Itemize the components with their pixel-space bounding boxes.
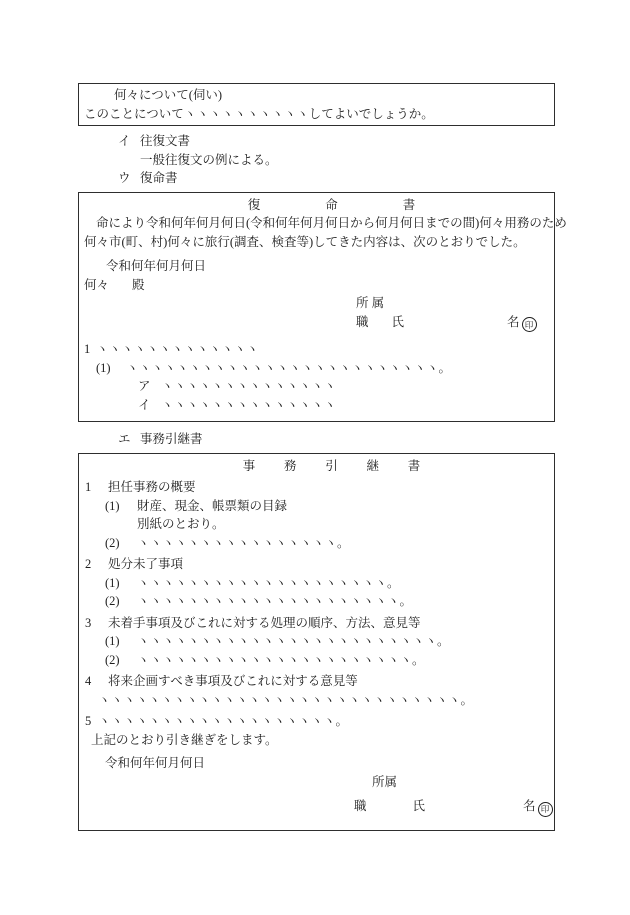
section-title: 処分未了事項 [108, 557, 183, 571]
placeholder-dots: ヽヽヽヽヽヽヽヽヽヽヽヽヽヽヽヽヽヽヽヽヽヽ。 [137, 653, 425, 667]
sign-family-label: 氏 [413, 799, 426, 813]
placeholder-dots: ヽヽヽヽヽヽヽヽヽヽヽヽヽヽ [161, 398, 336, 412]
section-number: 3 [85, 614, 108, 633]
seal-icon: 印 [538, 802, 553, 817]
item-number: (2) [105, 534, 137, 553]
fukumeisho-title: 復命書 [84, 196, 549, 215]
fukumeisho-body-line2: 何々市(町、村)何々に旅行(調査、検査等)してきた内容は、次のとおりでした。 [84, 233, 549, 252]
section-title: 担任事務の概要 [108, 480, 196, 494]
section-2: 2処分未了事項 [85, 555, 548, 574]
fukumeisho-date: 令和何年何月何日 [106, 257, 549, 276]
section-1-item-2: (2)ヽヽヽヽヽヽヽヽヽヽヽヽヽヽヽヽ。 [105, 534, 548, 553]
hikitsugisho-title: 事務引継書 [85, 457, 548, 476]
section-number: 1 [85, 478, 108, 497]
placeholder-dots: ヽヽヽヽヽヽヽヽヽヽヽヽヽ [96, 342, 259, 356]
placeholder-dots: ヽヽヽヽヽヽヽヽヽヽヽヽヽヽヽヽ。 [137, 536, 350, 550]
fukumeisho-body-line1: 命により令和何年何月何日(令和何年何月何日から何月何日までの間)何々用務のため [84, 214, 549, 233]
fukumeisho-signature-line: 職氏名印 [84, 313, 549, 333]
section-3: 3未着手事項及びこれに対する処理の順序、方法、意見等 [85, 614, 548, 633]
document-page: 何々について(伺い) このことについてヽヽヽヽヽヽヽヽヽヽしてよいでしょうか。 … [0, 0, 630, 915]
fukumeisho-item-a: アヽヽヽヽヽヽヽヽヽヽヽヽヽヽ [138, 377, 549, 396]
placeholder-dots: ヽヽヽヽヽヽヽヽヽヽヽヽヽヽヽヽヽヽヽヽ。 [137, 576, 400, 590]
section-2-item-1: (1)ヽヽヽヽヽヽヽヽヽヽヽヽヽヽヽヽヽヽヽヽ。 [105, 574, 548, 593]
section-title: 将来企画すべき事項及びこれに対する意見等 [108, 674, 358, 688]
hikitsugisho-box: 事務引継書 1担任事務の概要 (1)財産、現金、帳票類の目録 別紙のとおり。 (… [78, 453, 555, 831]
fukumeisho-affiliation: 所 属 [356, 294, 549, 313]
section-1-item-1-note: 別紙のとおり。 [137, 515, 548, 534]
section-number: 4 [85, 672, 108, 691]
outline-item-fukumeisho: ウ復命書 [118, 169, 555, 188]
hikitsugisho-date: 令和何年何月何日 [105, 754, 548, 773]
hikitsugisho-affiliation: 所属 [372, 773, 548, 792]
section-number: 2 [85, 555, 108, 574]
item-number: (2) [105, 592, 137, 611]
fukumeisho-item-i: イヽヽヽヽヽヽヽヽヽヽヽヽヽヽ [138, 396, 549, 415]
outline-item-hikitsugisho: エ事務引継書 [118, 430, 555, 449]
item-number: (1) [105, 632, 137, 651]
sign-position-label: 職 [356, 315, 369, 329]
placeholder-dots: ヽヽヽヽヽヽヽヽヽヽヽヽヽヽ [161, 379, 336, 393]
fukumeisho-addressee: 何々殿 [84, 276, 549, 295]
section-3-item-1: (1)ヽヽヽヽヽヽヽヽヽヽヽヽヽヽヽヽヽヽヽヽヽヽヽヽ。 [105, 632, 548, 651]
outline-item-ofukubunsho: イ往復文書 [118, 132, 555, 151]
item-number: イ [138, 396, 161, 415]
placeholder-dots: ヽヽヽヽヽヽヽヽヽヽヽヽヽヽヽヽヽヽヽヽヽヽヽヽ。 [137, 634, 450, 648]
item-number: (2) [105, 651, 137, 670]
inquiry-subject: 何々について(伺い) [84, 86, 548, 105]
fukumeisho-item-1: 1ヽヽヽヽヽヽヽヽヽヽヽヽヽ [84, 340, 549, 359]
addressee-honorific: 殿 [132, 278, 145, 292]
sign-family-label: 氏 [392, 315, 405, 329]
section-number: 5 [85, 712, 98, 731]
outline-title-fukumeisho: 復命書 [140, 171, 178, 185]
section-2-item-2: (2)ヽヽヽヽヽヽヽヽヽヽヽヽヽヽヽヽヽヽヽヽヽ。 [105, 592, 548, 611]
inquiry-example-box: 何々について(伺い) このことについてヽヽヽヽヽヽヽヽヽヽしてよいでしょうか。 [78, 83, 555, 126]
section-4: 4将来企画すべき事項及びこれに対する意見等 [85, 672, 548, 691]
item-text: 財産、現金、帳票類の目録 [137, 499, 287, 513]
item-number: 1 [84, 340, 96, 359]
item-number: (1) [96, 359, 126, 378]
outline-label-e: エ [118, 430, 140, 449]
outline-title-ofukubunsho: 往復文書 [140, 134, 190, 148]
outline-label-u: ウ [118, 169, 140, 188]
section-3-item-2: (2)ヽヽヽヽヽヽヽヽヽヽヽヽヽヽヽヽヽヽヽヽヽヽ。 [105, 651, 548, 670]
addressee-name: 何々 [84, 278, 109, 292]
fukumeisho-box: 復命書 命により令和何年何月何日(令和何年何月何日から何月何日までの間)何々用務… [78, 192, 555, 423]
section-1: 1担任事務の概要 [85, 478, 548, 497]
seal-icon: 印 [522, 317, 537, 332]
outline-note-ofukubunsho: 一般往復文の例による。 [140, 151, 555, 170]
section-5: 5ヽヽヽヽヽヽヽヽヽヽヽヽヽヽヽヽヽヽヽ。 [85, 712, 548, 731]
sign-position-label: 職 [354, 799, 367, 813]
item-number: (1) [105, 497, 137, 516]
outline-title-hikitsugisho: 事務引継書 [140, 432, 203, 446]
placeholder-dots: ヽヽヽヽヽヽヽヽヽヽヽヽヽヽヽヽヽヽヽヽヽヽヽヽヽ。 [126, 361, 451, 375]
section-4-dots: ヽヽヽヽヽヽヽヽヽヽヽヽヽヽヽヽヽヽヽヽヽヽヽヽヽヽヽヽヽ。 [98, 691, 548, 710]
closing-statement: 上記のとおり引き継ぎをします。 [91, 731, 548, 750]
outline-label-i: イ [118, 132, 140, 151]
fukumeisho-item-1-1: (1)ヽヽヽヽヽヽヽヽヽヽヽヽヽヽヽヽヽヽヽヽヽヽヽヽヽ。 [96, 359, 549, 378]
inquiry-body: このことについてヽヽヽヽヽヽヽヽヽヽしてよいでしょうか。 [84, 105, 548, 124]
placeholder-dots: ヽヽヽヽヽヽヽヽヽヽヽヽヽヽヽヽヽヽヽヽヽ。 [137, 594, 412, 608]
document-body: 何々について(伺い) このことについてヽヽヽヽヽヽヽヽヽヽしてよいでしょうか。 … [78, 83, 555, 831]
hikitsugisho-signature-line: 職氏名印 [85, 797, 548, 817]
item-number: ア [138, 377, 161, 396]
section-title: 未着手事項及びこれに対する処理の順序、方法、意見等 [108, 616, 421, 630]
sign-given-label: 名 [523, 799, 536, 813]
item-number: (1) [105, 574, 137, 593]
section-1-item-1: (1)財産、現金、帳票類の目録 [105, 497, 548, 516]
placeholder-dots: ヽヽヽヽヽヽヽヽヽヽヽヽヽヽヽヽヽヽヽ。 [98, 714, 348, 728]
sign-given-label: 名 [507, 315, 520, 329]
